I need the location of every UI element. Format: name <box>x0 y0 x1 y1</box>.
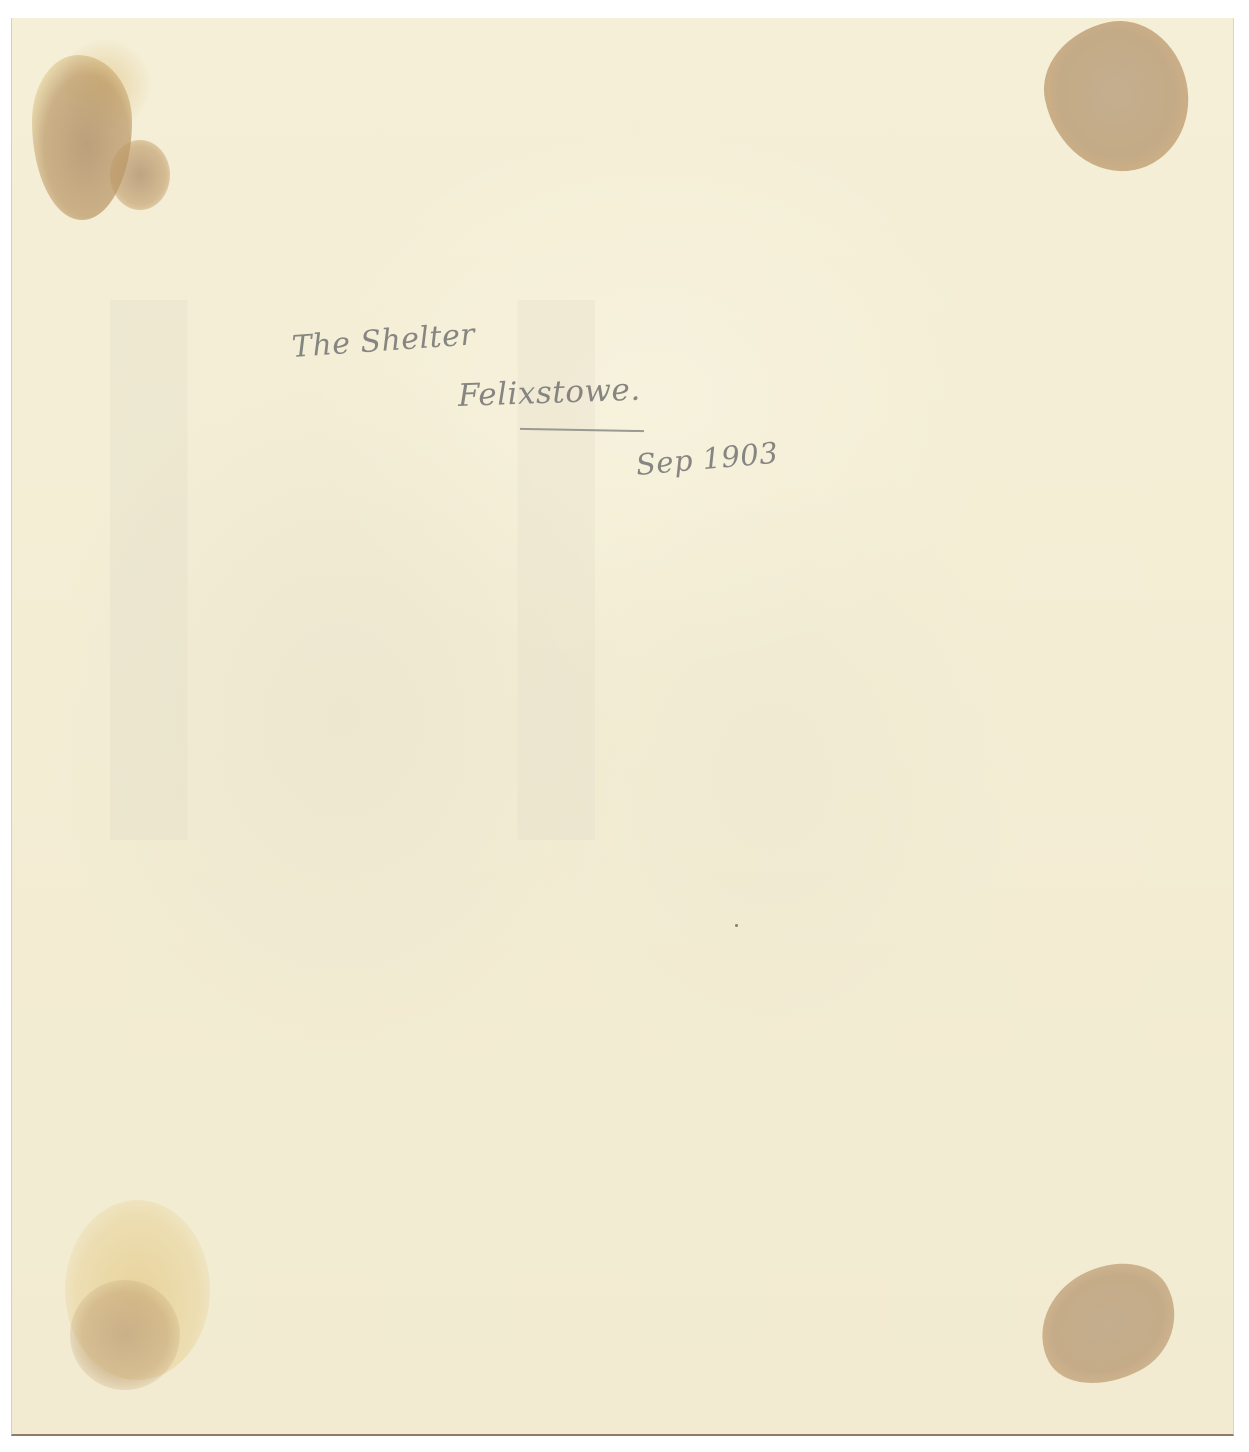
speck-mark <box>735 924 738 927</box>
paper-card <box>11 18 1234 1436</box>
inscription-place: Felixstowe. <box>457 372 641 414</box>
scan-background: The Shelter Felixstowe. Sep 1903 <box>0 0 1249 1452</box>
